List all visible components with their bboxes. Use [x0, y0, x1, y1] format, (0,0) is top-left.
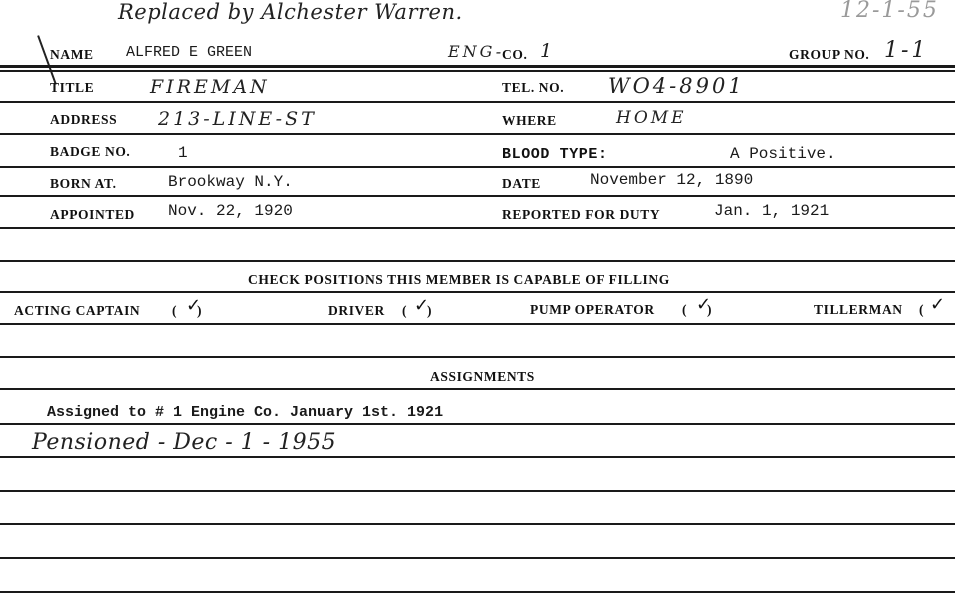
faint-pencil-date: 12-1-55 [840, 0, 939, 23]
address-value: 213-LINE-ST [158, 108, 317, 130]
rule [0, 65, 955, 68]
title-label: TITLE [50, 80, 94, 96]
blood-type-value: A Positive. [730, 145, 836, 163]
name-label: NAME [50, 47, 94, 63]
rule [0, 388, 955, 390]
position-driver: DRIVER [328, 303, 385, 319]
rule [0, 356, 955, 358]
rule [0, 70, 955, 72]
group-value: 1-1 [884, 38, 928, 63]
company-value: 1 [540, 40, 555, 62]
rule [0, 423, 955, 425]
rule [0, 591, 955, 593]
reported-value: Jan. 1, 1921 [714, 202, 829, 220]
rule [0, 456, 955, 458]
acting-captain-checkbox[interactable]: ✓ [186, 295, 201, 316]
replaced-by-note: Replaced by Alchester Warren. [118, 0, 463, 24]
rule [0, 101, 955, 103]
title-value: FIREMAN [150, 76, 270, 98]
birth-date-value: November 12, 1890 [590, 171, 753, 189]
birth-date-label: DATE [502, 176, 541, 192]
born-at-value: Brookway N.Y. [168, 173, 293, 191]
blood-type-label: BLOOD TYPE: [502, 146, 608, 163]
where-label: WHERE [502, 113, 557, 129]
positions-heading: CHECK POSITIONS THIS MEMBER IS CAPABLE O… [248, 272, 670, 288]
company-prefix: ENG- [448, 42, 504, 61]
badge-label: BADGE NO. [50, 144, 130, 160]
rule [0, 557, 955, 559]
tel-label: TEL. NO. [502, 80, 564, 96]
rule [0, 523, 955, 525]
rule [0, 195, 955, 197]
appointed-label: APPOINTED [50, 207, 135, 223]
rule [0, 323, 955, 325]
driver-checkbox[interactable]: ✓ [414, 295, 429, 316]
rule [0, 490, 955, 492]
badge-value: 1 [178, 144, 188, 162]
rule [0, 166, 955, 168]
assignments-heading: ASSIGNMENTS [430, 369, 535, 385]
tillerman-checkbox[interactable]: ✓ [930, 294, 945, 315]
rule [0, 133, 955, 135]
pension-entry: Pensioned - Dec - 1 - 1955 [32, 430, 336, 455]
assignment-entry: Assigned to # 1 Engine Co. January 1st. … [47, 404, 443, 421]
position-tillerman: TILLERMAN [814, 302, 903, 318]
group-label: GROUP NO. [789, 47, 869, 63]
rule [0, 227, 955, 229]
name-value: ALFRED E GREEN [126, 44, 252, 61]
where-value: HOME [616, 108, 687, 128]
appointed-value: Nov. 22, 1920 [168, 202, 293, 220]
paren: ( [919, 302, 924, 318]
position-pump-operator: PUMP OPERATOR [530, 302, 655, 318]
position-acting-captain: ACTING CAPTAIN [14, 303, 140, 319]
tel-value: WO4-8901 [608, 74, 745, 98]
pump-operator-checkbox[interactable]: ✓ [696, 294, 711, 315]
address-label: ADDRESS [50, 112, 117, 128]
born-at-label: BORN AT. [50, 176, 117, 192]
rule [0, 291, 955, 293]
rule [0, 260, 955, 262]
reported-label: REPORTED FOR DUTY [502, 207, 660, 223]
company-label: CO. [502, 47, 527, 63]
